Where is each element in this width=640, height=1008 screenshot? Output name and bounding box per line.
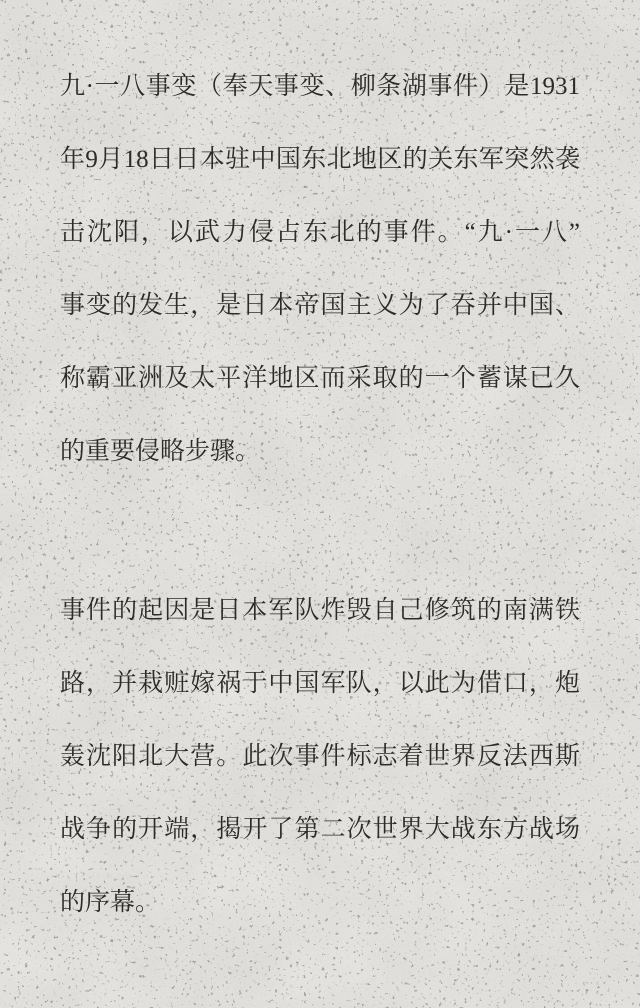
paragraph-cause: 事件的起因是日本军队炸毁自己修筑的南满铁 路，并栽赃嫁祸于中国军队，以此为借口，…	[60, 574, 580, 939]
text-line: 的序幕。	[60, 866, 580, 939]
paragraph-intro: 九·一八事变（奉天事变、柳条湖事件）是1931 年9月18日日本驻中国东北地区的…	[60, 50, 580, 488]
text-line: 九·一八事变（奉天事变、柳条湖事件）是1931	[60, 50, 580, 123]
text-line: 战争的开端，揭开了第二次世界大战东方战场	[60, 793, 580, 866]
text-line: 路，并栽赃嫁祸于中国军队，以此为借口，炮	[60, 647, 580, 720]
text-line: 的重要侵略步骤。	[60, 415, 580, 488]
text-line: 年9月18日日本驻中国东北地区的关东军突然袭	[60, 123, 580, 196]
paper-page: 九·一八事变（奉天事变、柳条湖事件）是1931 年9月18日日本驻中国东北地区的…	[0, 0, 640, 1008]
text-line: 轰沈阳北大营。此次事件标志着世界反法西斯	[60, 720, 580, 793]
text-line: 击沈阳，以武力侵占东北的事件。“九·一八”	[60, 196, 580, 269]
article-body: 九·一八事变（奉天事变、柳条湖事件）是1931 年9月18日日本驻中国东北地区的…	[0, 0, 640, 1008]
text-line: 事变的发生，是日本帝国主义为了吞并中国、	[60, 269, 580, 342]
text-line: 称霸亚洲及太平洋地区而采取的一个蓄谋已久	[60, 342, 580, 415]
text-line: 事件的起因是日本军队炸毁自己修筑的南满铁	[60, 574, 580, 647]
